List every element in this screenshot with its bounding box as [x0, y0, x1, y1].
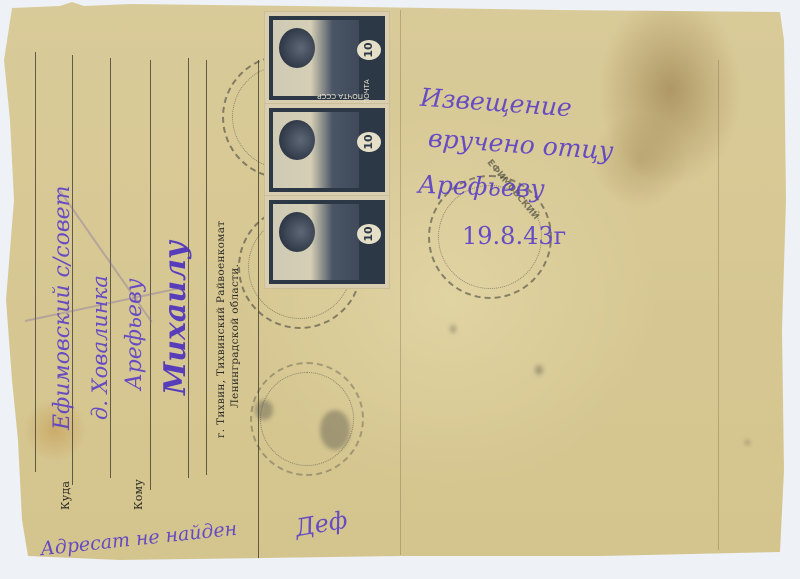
field-label-komu: Кому: [132, 479, 145, 510]
handwritten-notice-date: 19.8.43г: [462, 222, 566, 250]
postmark-speck: [535, 365, 543, 375]
handwritten-notice-line1: Извещение: [419, 83, 573, 123]
handwritten-notice-line2: вручено отцу: [427, 124, 614, 166]
postage-stamp: ПОЧТА ПОЧТА СССР 10: [265, 12, 389, 104]
handwritten-address-line2: д. Ховалинка: [88, 275, 112, 420]
postage-stamp: 10: [265, 104, 389, 196]
ink-smudge: [255, 400, 273, 420]
stamp-value: 10: [357, 132, 381, 152]
address-rule: [150, 60, 151, 490]
postmark-speck: [450, 325, 456, 333]
address-rule: [35, 52, 36, 472]
handwritten-address-line1: Ефимовский с/совет: [50, 185, 75, 430]
handwritten-address-line4: Михаилу: [158, 241, 193, 395]
fold-line: [718, 60, 719, 550]
paper-card: Куда Кому г. Тихвин, Тихвинский Райвоенк…: [0, 0, 800, 579]
stamp-value: 10: [357, 40, 381, 60]
field-label-kuda: Куда: [59, 481, 72, 510]
handwritten-signature: Деф: [293, 506, 350, 543]
scanned-document: Куда Кому г. Тихвин, Тихвинский Райвоенк…: [0, 0, 800, 579]
fold-line: [400, 10, 401, 555]
stamp-value: 10: [357, 224, 381, 244]
printed-sender-line1: г. Тихвин, Тихвинский Райвоенкомат: [215, 221, 228, 438]
address-rule: [206, 60, 207, 475]
postmark-speck: [745, 440, 750, 445]
postage-stamp: 10: [265, 196, 389, 288]
ink-smudge: [320, 410, 350, 450]
handwritten-notice-line3: Арефьеву: [418, 170, 546, 203]
handwritten-bottom-note: Адресат не найден: [39, 518, 238, 561]
